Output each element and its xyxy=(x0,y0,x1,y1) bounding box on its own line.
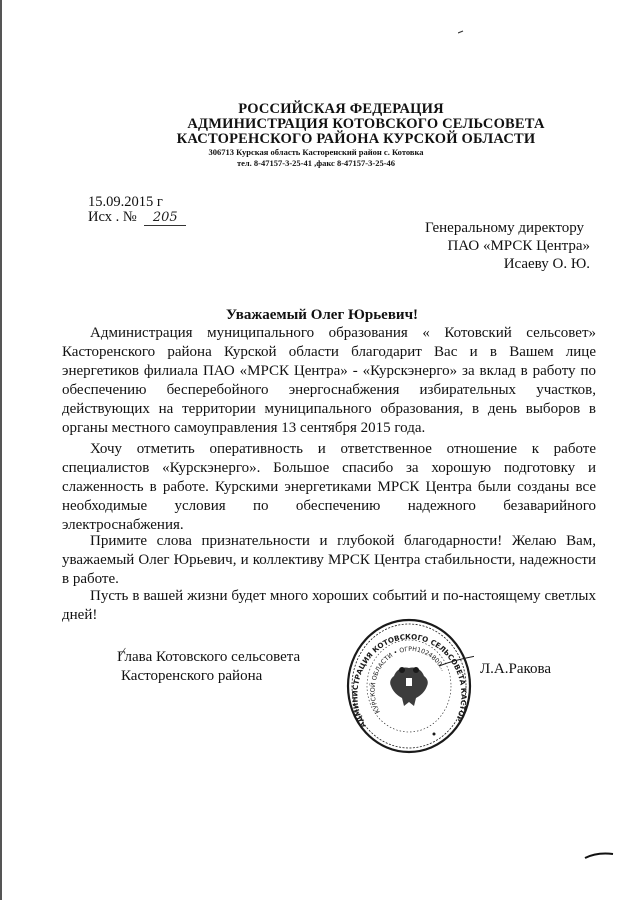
outgoing-ref: Исх . № 205 xyxy=(88,209,186,226)
body-paragraph: Администрация муниципального образования… xyxy=(62,324,596,438)
page-left-edge xyxy=(0,0,2,900)
salutation: Уважаемый Олег Юрьевич! xyxy=(0,307,632,324)
body-paragraph: Хочу отметить оперативность и ответствен… xyxy=(62,440,596,535)
signatory-name: Л.А.Ракова xyxy=(480,661,551,678)
eagle-emblem-icon xyxy=(390,667,428,706)
scan-mark-icon xyxy=(583,850,619,860)
addressee-name: Исаеву О. Ю. xyxy=(504,255,590,274)
signatory-title: Глава Котовского сельсовета xyxy=(117,648,300,667)
body-paragraph: Примите слова признательности и глубокой… xyxy=(62,532,596,589)
header-district: КАСТОРЕНСКОГО РАЙОНА КУРСКОЙ ОБЛАСТИ xyxy=(40,131,632,148)
ref-number: 205 xyxy=(144,210,186,226)
ref-label: Исх . № xyxy=(88,209,137,225)
addressee-company: ПАО «МРСК Центра» xyxy=(447,237,590,256)
header-phones: тел. 8-47157-3-25-41 ,факс 8-47157-3-25-… xyxy=(0,158,632,168)
signatory-title-district: Касторенского района xyxy=(121,667,262,686)
addressee-position: Генеральному директору xyxy=(425,219,584,238)
body-paragraph: Пусть в вашей жизни будет много хороших … xyxy=(62,587,596,625)
header-address: 306713 Курская область Касторенский райо… xyxy=(0,147,632,157)
official-seal-icon: АДМИНИСТРАЦИЯ КОТОВСКОГО СЕЛЬСОВЕТА КАСТ… xyxy=(344,616,474,756)
scan-mark-icon xyxy=(458,30,464,34)
